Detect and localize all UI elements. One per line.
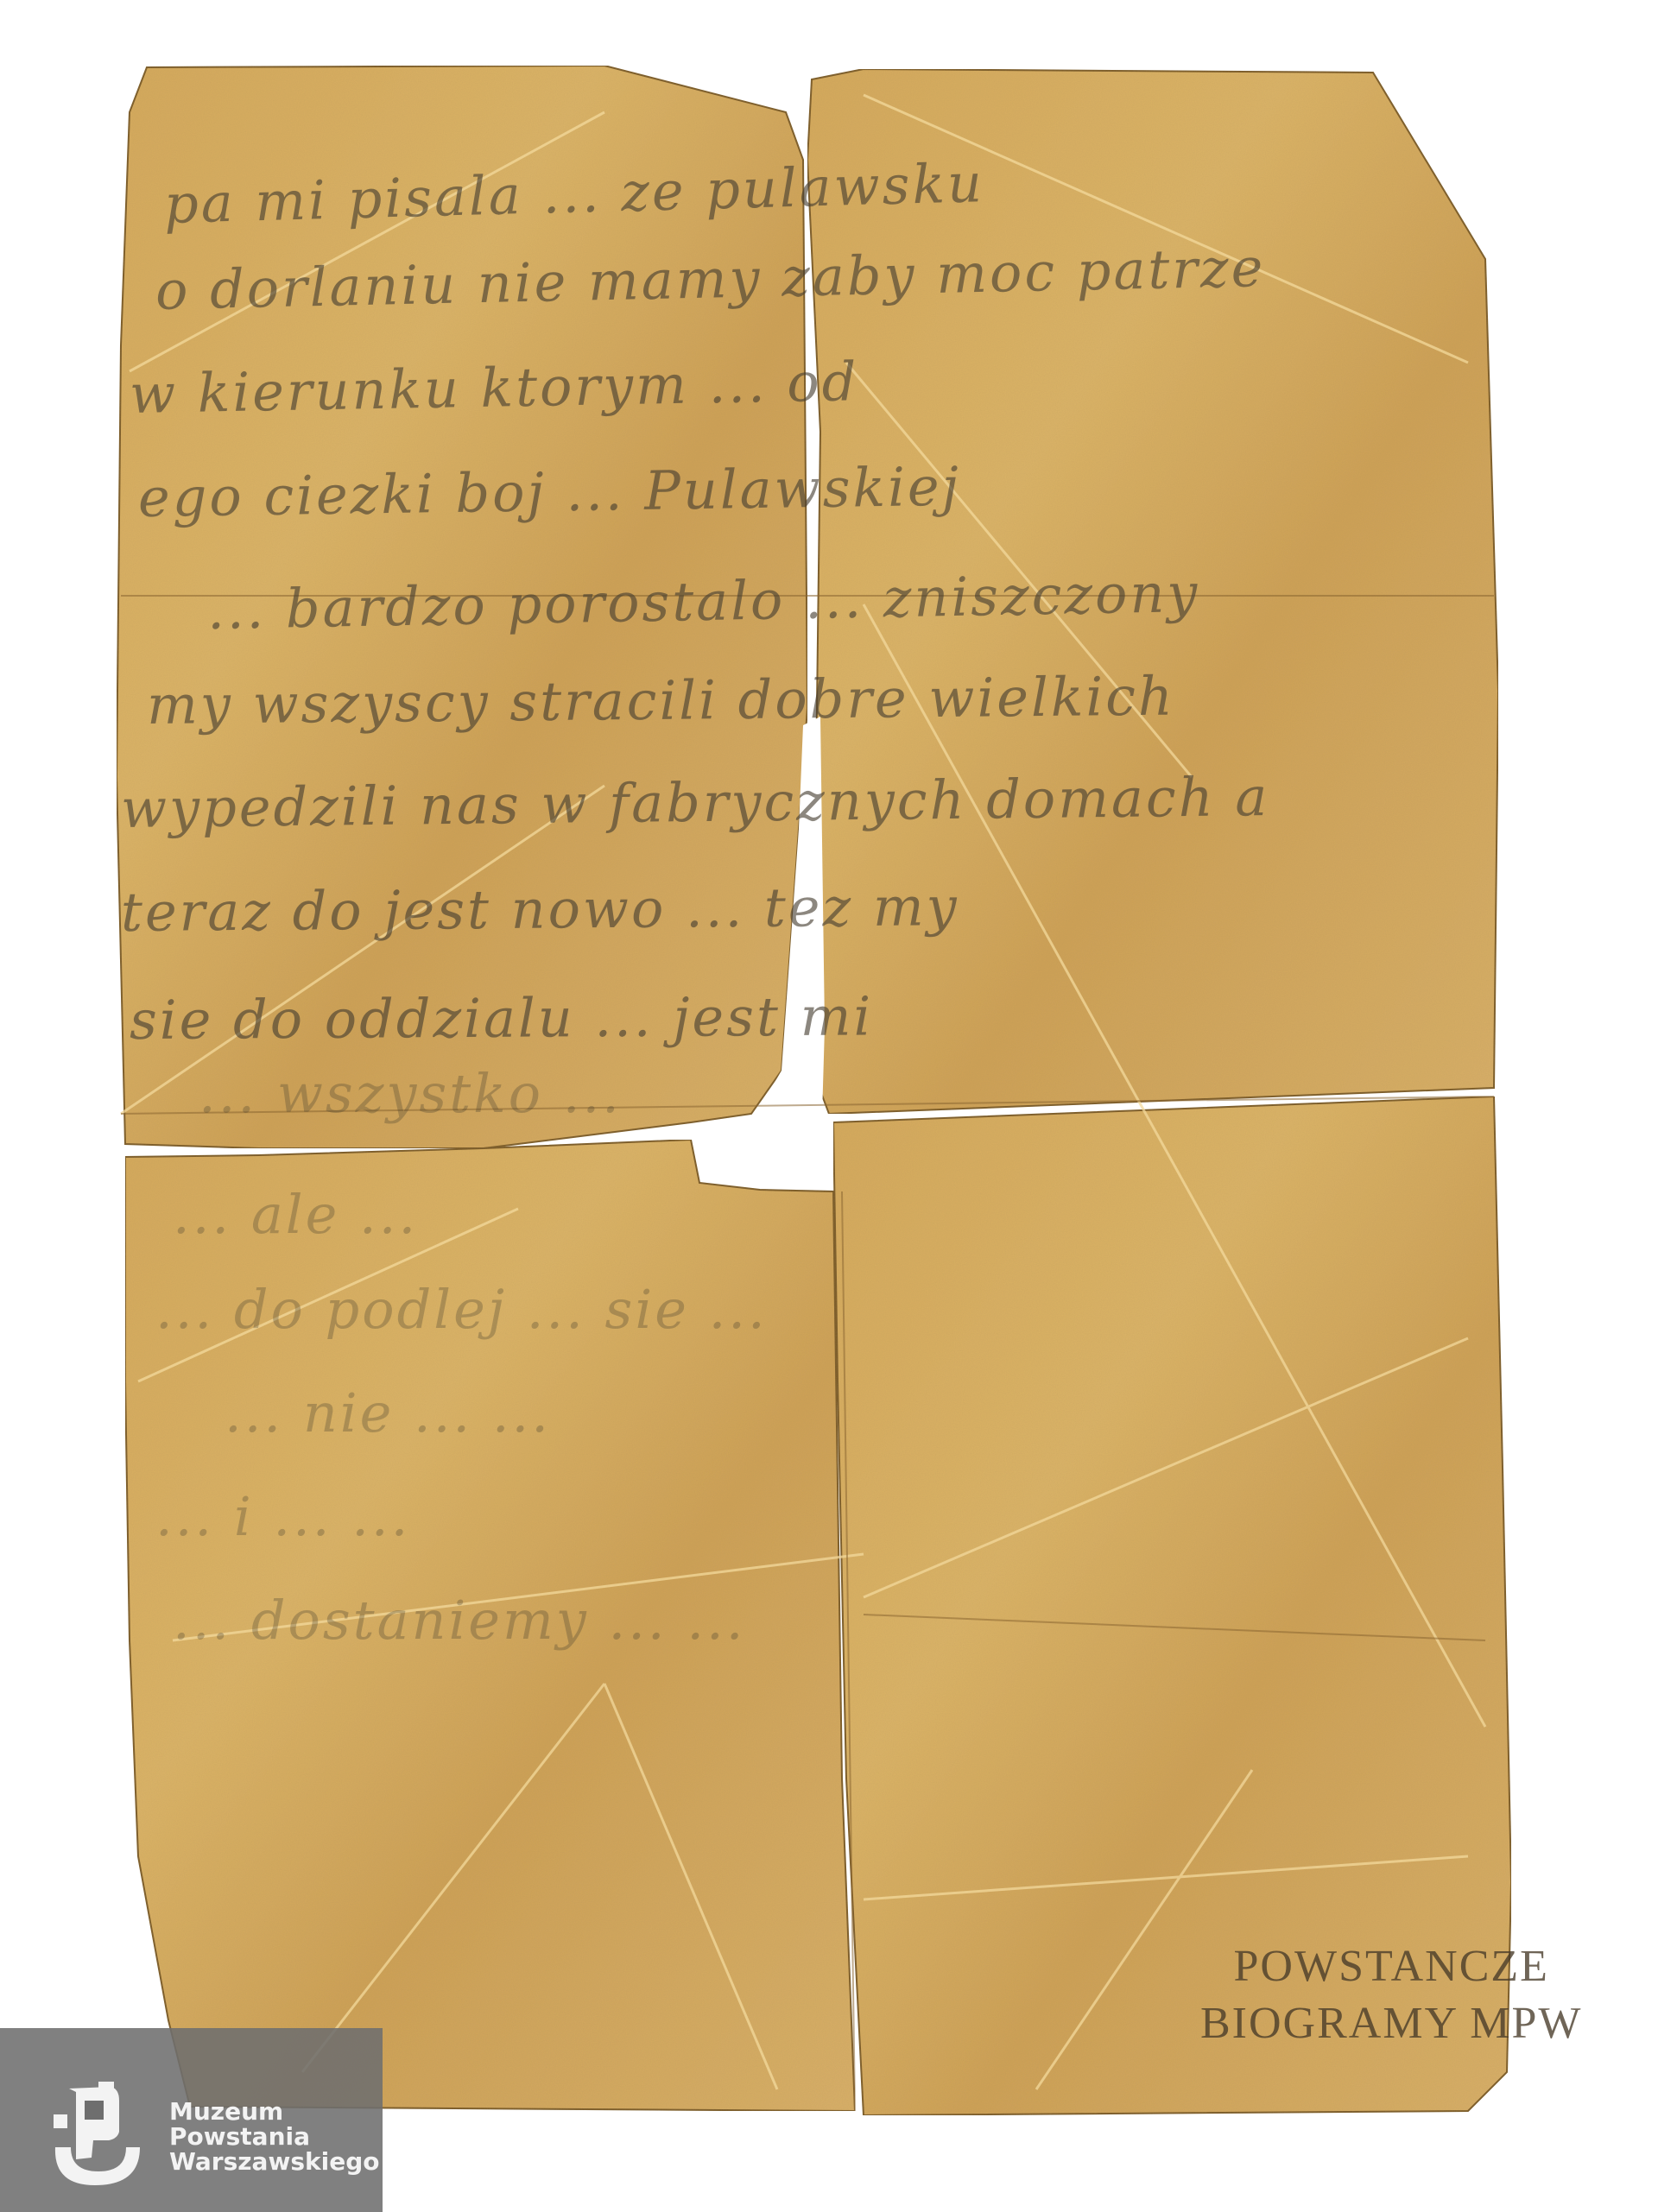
kotwica-anchor-icon bbox=[50, 2080, 147, 2187]
letter-scan: pa mi pisala ... ze pulawsku o dorlaniu … bbox=[0, 0, 1658, 2212]
paper-piece-top-left bbox=[117, 66, 807, 1148]
paper-piece-top-right bbox=[807, 69, 1498, 1114]
powstancze-biogramy-watermark: POWSTANCZE BIOGRAMY MPW bbox=[1200, 1938, 1582, 2052]
museum-name: Muzeum Powstania Warszawskiego bbox=[169, 2099, 379, 2174]
museum-name-line-1: Muzeum bbox=[169, 2099, 379, 2124]
watermark-line-1: POWSTANCZE bbox=[1200, 1938, 1582, 1995]
letter-paper bbox=[0, 0, 1658, 2212]
paper-piece-bottom-left bbox=[125, 1140, 855, 2111]
watermark-line-2: BIOGRAMY MPW bbox=[1200, 1995, 1582, 2052]
museum-name-line-2: Powstania bbox=[169, 2124, 379, 2149]
museum-logo: Muzeum Powstania Warszawskiego bbox=[0, 2028, 383, 2212]
museum-name-line-3: Warszawskiego bbox=[169, 2149, 379, 2174]
